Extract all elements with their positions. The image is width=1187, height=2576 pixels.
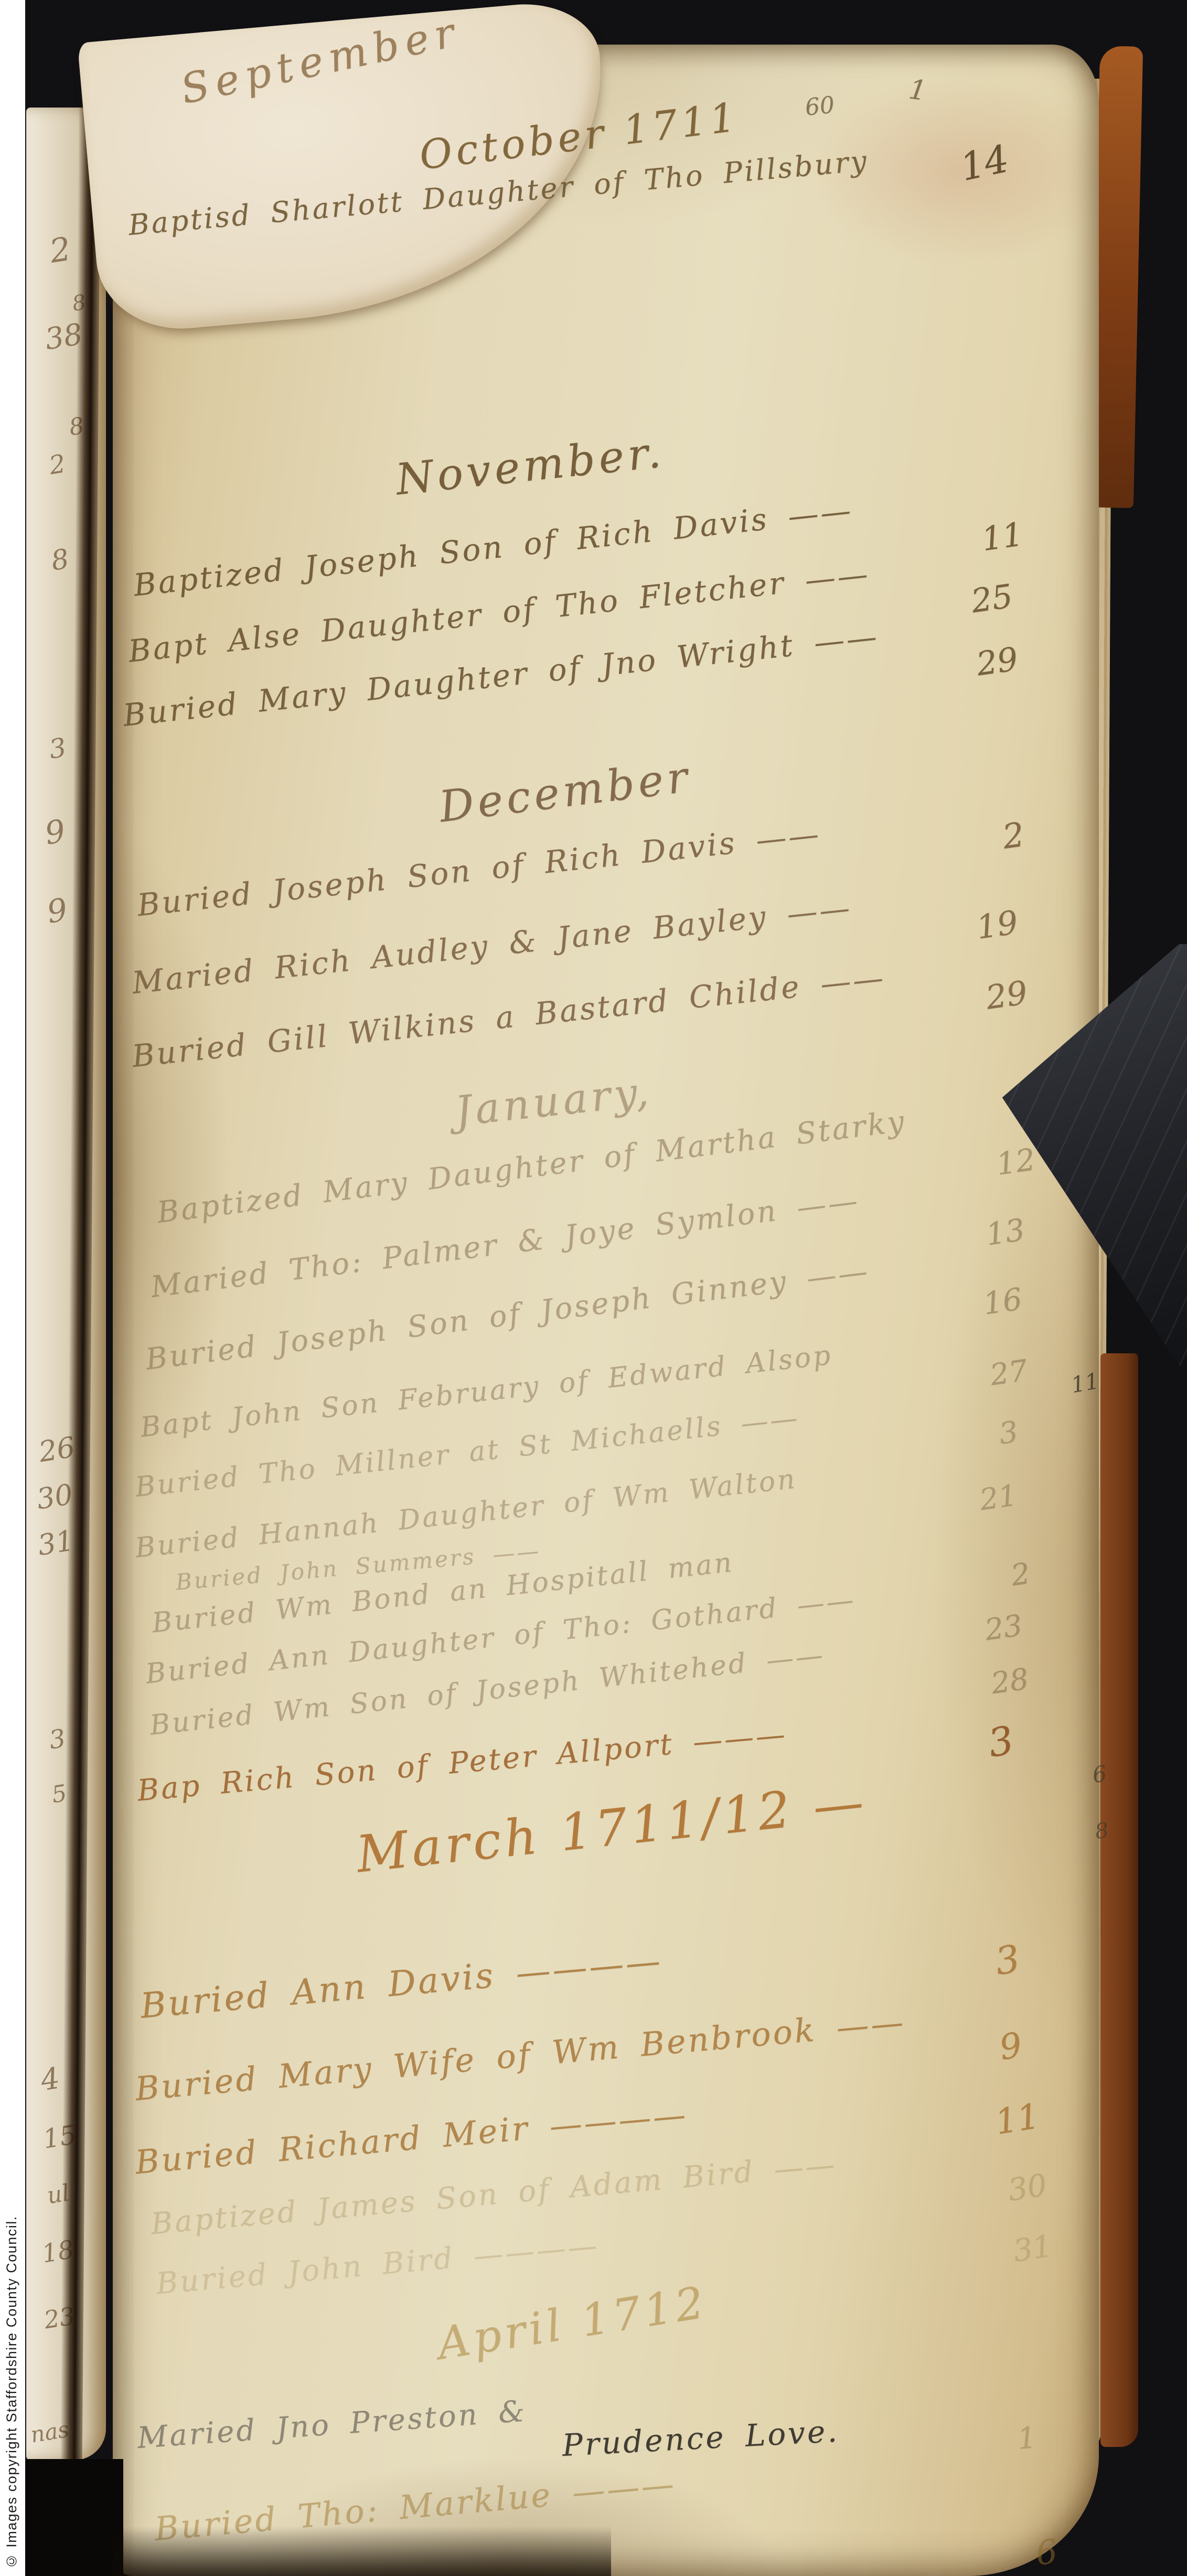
entry-day-number: 11	[979, 515, 1025, 558]
backdrop-gap	[21, 2459, 123, 2576]
parish-register-photograph: © Images copyright Staffordshire County …	[0, 0, 1187, 2576]
entry-day-number: 16	[981, 1281, 1024, 1322]
entry-day-number: 19	[974, 903, 1020, 946]
entry-day-number: 31	[1011, 2228, 1055, 2269]
entry-day-number: 23	[982, 1608, 1024, 1647]
entry-day-number: 11	[992, 2096, 1042, 2142]
overleaf-month-header: September	[177, 8, 465, 113]
entry-day-number: 21	[977, 1478, 1019, 1517]
entry-day-number: 27	[988, 1353, 1030, 1392]
entry-day-number: 28	[989, 1662, 1031, 1701]
fore-edge-ink-fragment: 11	[1069, 1368, 1101, 1398]
entry-day-number: 25	[969, 576, 1015, 620]
entry-day-number: 13	[983, 1212, 1027, 1253]
archive-margin-strip: © Images copyright Staffordshire County …	[0, 0, 25, 2576]
entry-day-number: 29	[974, 639, 1020, 683]
leather-binding-right	[1100, 1353, 1138, 2447]
entry-day-number: 30	[1006, 2167, 1050, 2208]
entry-day-number: 6	[1034, 2532, 1059, 2573]
folio-number: 60	[804, 91, 836, 121]
entry-day-number: 1	[1016, 2420, 1038, 2456]
entry-day-number: 12	[994, 1141, 1038, 1182]
copyright-text: © Images copyright Staffordshire County …	[4, 2216, 20, 2569]
entry-day-number: 29	[983, 973, 1030, 1017]
page-bottom-shadow	[113, 2526, 611, 2576]
